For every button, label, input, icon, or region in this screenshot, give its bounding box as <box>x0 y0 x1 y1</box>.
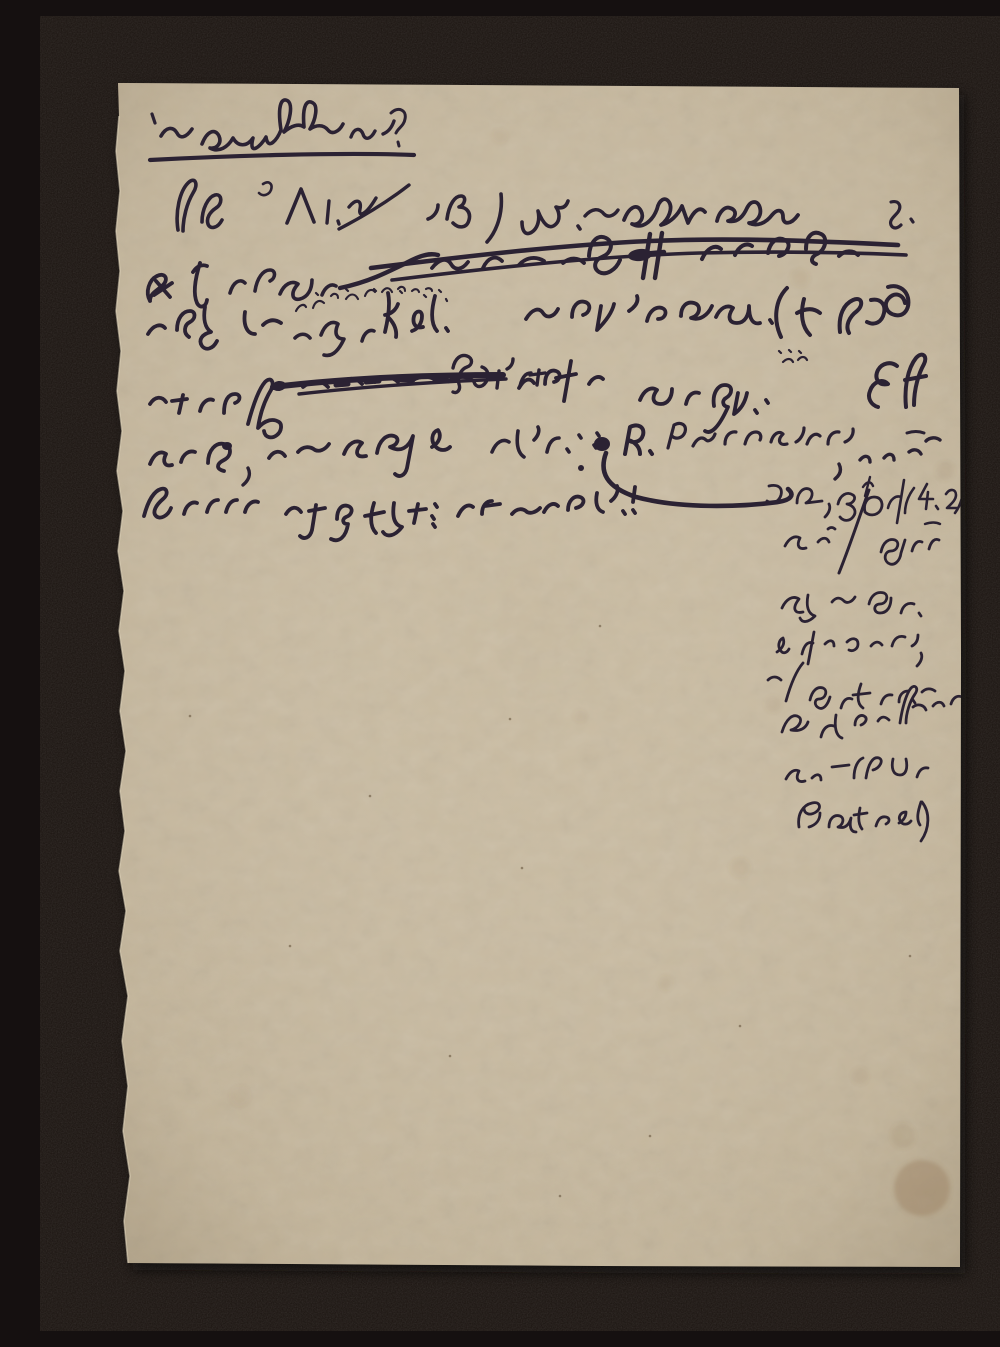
speck-0 <box>509 718 512 721</box>
stain-5 <box>730 858 750 878</box>
speck-1 <box>521 867 524 870</box>
stain-4 <box>765 696 781 712</box>
stroke-l1-dot-end <box>911 219 913 222</box>
manuscript-svg <box>40 16 1000 1331</box>
ink-blot-line5 <box>222 442 232 450</box>
stain-0 <box>894 1160 950 1216</box>
speck-10 <box>599 625 602 628</box>
speck-8 <box>559 1195 562 1198</box>
stain-6 <box>659 976 673 990</box>
stain-7 <box>574 710 586 722</box>
stain-2 <box>936 462 954 480</box>
stain-8 <box>230 1086 250 1106</box>
stroke-l5-macron <box>907 432 924 434</box>
ink-blot-swoosh-start <box>594 437 610 451</box>
speck-6 <box>189 715 192 718</box>
manuscript-scan <box>40 16 1000 1331</box>
speck-11 <box>449 1055 452 1058</box>
speck-2 <box>289 945 292 948</box>
speck-3 <box>649 1135 652 1138</box>
stain-3 <box>791 269 809 287</box>
stain-10 <box>852 1068 868 1084</box>
speck-5 <box>739 1025 742 1028</box>
ink-dot-line5 <box>578 465 584 471</box>
speck-4 <box>369 795 372 798</box>
speck-7 <box>909 955 912 958</box>
stain-1 <box>891 1124 915 1148</box>
stain-9 <box>493 129 507 143</box>
